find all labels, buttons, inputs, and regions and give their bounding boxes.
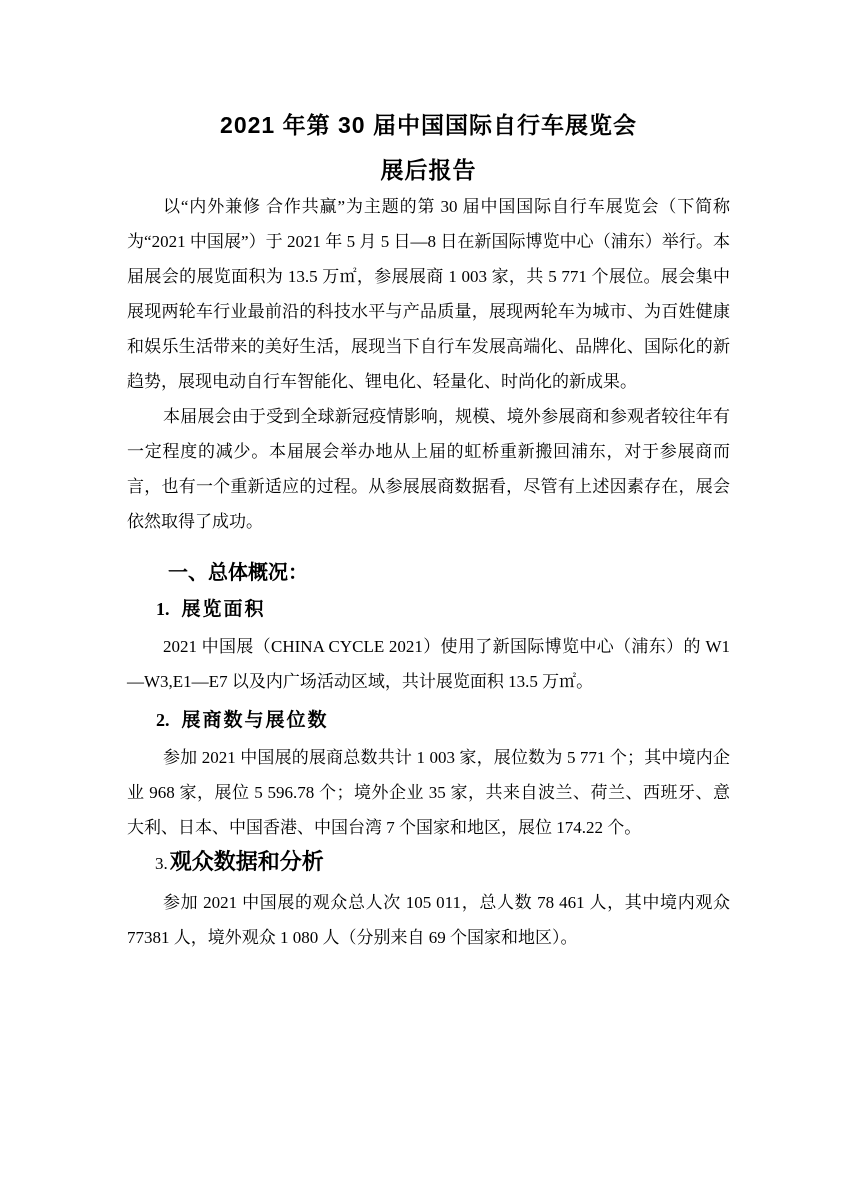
- document-page: 2021 年第 30 届中国国际自行车展览会 展后报告 以“内外兼修 合作共赢”…: [0, 0, 849, 1200]
- subsection-heading-2: 2.展商数与展位数: [156, 707, 730, 734]
- subsection-visitor-data: 3.观众数据和分析 参加 2021 中国展的观众总人次 105 011，总人数 …: [127, 847, 730, 955]
- subsection-exhibition-area: 1.展览面积 2021 中国展（CHINA CYCLE 2021）使用了新国际博…: [127, 596, 730, 699]
- subsection-exhibitor-counts: 2.展商数与展位数 参加 2021 中国展的展商总数共计 1 003 家，展位数…: [127, 707, 730, 845]
- intro-paragraph-1: 以“内外兼修 合作共赢”为主题的第 30 届中国国际自行车展览会（下简称为“20…: [127, 189, 730, 399]
- subsection-number-1: 1.: [156, 599, 170, 619]
- subsection-body-3: 参加 2021 中国展的观众总人次 105 011，总人数 78 461 人，其…: [127, 885, 730, 955]
- document-subtitle: 展后报告: [127, 155, 730, 185]
- intro-section: 以“内外兼修 合作共赢”为主题的第 30 届中国国际自行车展览会（下简称为“20…: [127, 189, 730, 539]
- subsection-title-1: 展览面积: [182, 599, 266, 620]
- subsection-heading-1: 1.展览面积: [156, 596, 730, 623]
- subsection-title-3: 观众数据和分析: [170, 849, 324, 874]
- intro-paragraph-2: 本届展会由于受到全球新冠疫情影响，规模、境外参展商和参观者较往年有一定程度的减少…: [127, 399, 730, 539]
- subsection-number-3: 3.: [155, 854, 168, 873]
- subsection-body-1: 2021 中国展（CHINA CYCLE 2021）使用了新国际博览中心（浦东）…: [127, 629, 730, 699]
- subsection-number-2: 2.: [156, 710, 170, 730]
- document-title: 2021 年第 30 届中国国际自行车展览会: [127, 110, 730, 140]
- subsection-heading-3: 3.观众数据和分析: [155, 847, 730, 879]
- subsection-title-2: 展商数与展位数: [182, 710, 329, 731]
- section-heading-overview: 一、总体概况：: [168, 558, 730, 588]
- subsection-body-2: 参加 2021 中国展的展商总数共计 1 003 家，展位数为 5 771 个；…: [127, 740, 730, 845]
